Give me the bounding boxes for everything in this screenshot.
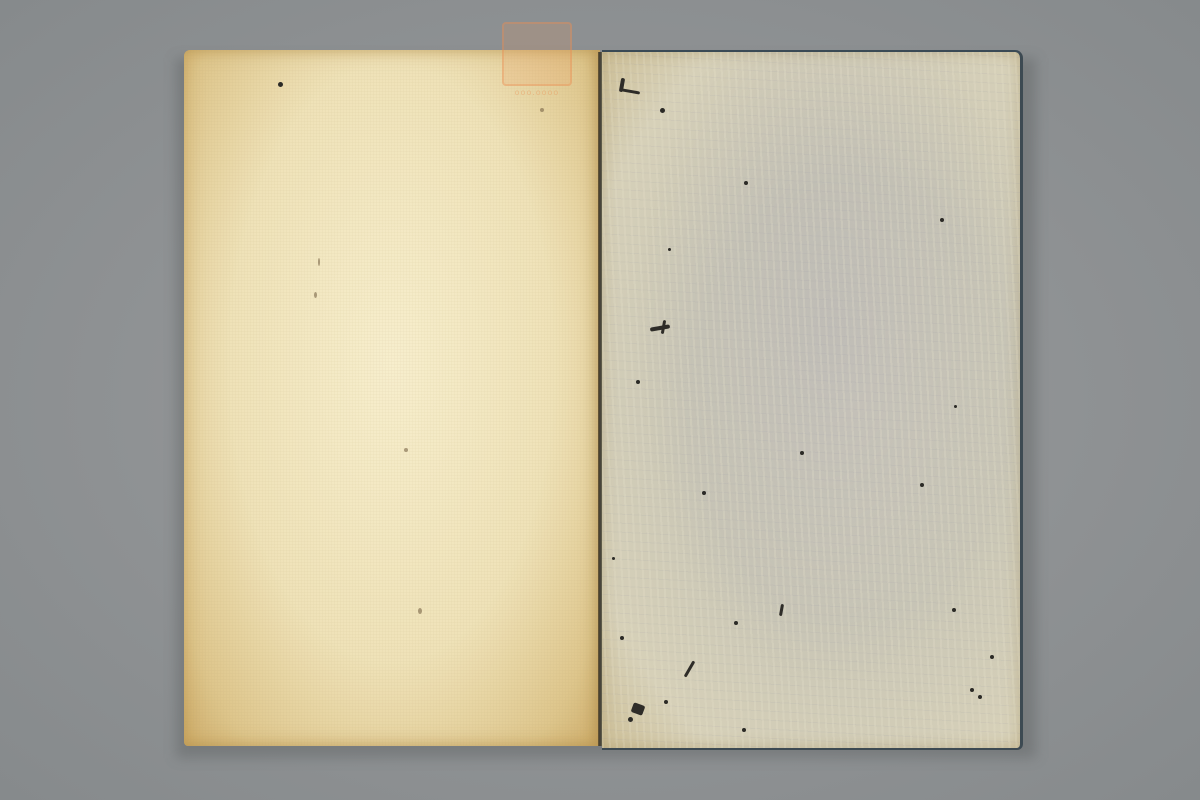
faint-stain-mark [404, 448, 408, 452]
watermark: ooo.oooo [502, 22, 572, 96]
watermark-text: ooo.oooo [502, 88, 572, 97]
wormhole-mark [660, 108, 665, 113]
wormhole-mark [954, 405, 957, 408]
wormhole-mark [668, 248, 671, 251]
wormhole-mark [744, 181, 748, 185]
wormhole-mark [636, 380, 640, 384]
faint-stain-mark [314, 292, 317, 298]
book-spine-gutter [598, 52, 602, 746]
wormhole-mark [978, 695, 982, 699]
photo-scene: ooo.oooo [0, 0, 1200, 800]
right-page [602, 50, 1023, 750]
wormhole-mark [952, 608, 956, 612]
faint-stain-mark [418, 608, 422, 614]
left-page [184, 50, 600, 746]
wormhole-mark [612, 557, 615, 560]
faint-stain-mark [318, 258, 320, 266]
faint-stain-mark [540, 108, 544, 112]
wormhole-mark [920, 483, 924, 487]
wormhole-mark [940, 218, 944, 222]
wormhole-mark [628, 717, 633, 722]
wormhole-mark [990, 655, 994, 659]
wormhole-mark [800, 451, 804, 455]
wormhole-mark [702, 491, 706, 495]
wormhole-mark [620, 636, 624, 640]
wormhole-mark [278, 82, 283, 87]
wormhole-mark [664, 700, 668, 704]
watermark-seal-icon [502, 22, 572, 86]
wormhole-mark [742, 728, 746, 732]
wormhole-mark [734, 621, 738, 625]
wormhole-mark [970, 688, 974, 692]
